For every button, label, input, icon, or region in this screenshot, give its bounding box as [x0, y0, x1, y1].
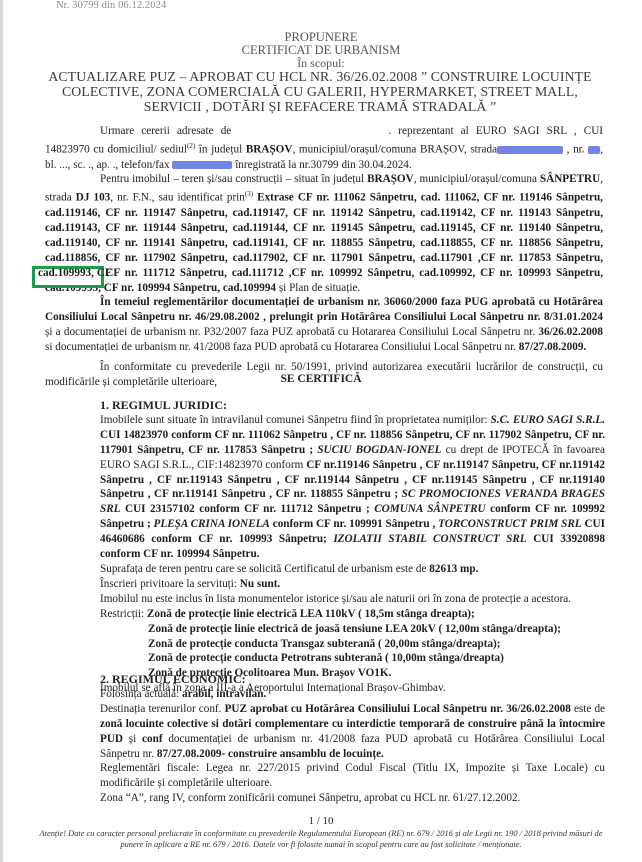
request-section: Urmare cererii adresate de . reprezentan…	[45, 124, 603, 390]
destination-paragraph: Destinația terenurilor conf. PUZ aprobat…	[100, 702, 605, 762]
restriction-item: Zonă de protecție conducta Transgaz subt…	[100, 637, 605, 652]
restrictions-line: Restricții: Zonă de protecție linie elec…	[100, 607, 605, 622]
area-line: Suprafața de teren pentru care se solici…	[100, 562, 605, 577]
paragraph-property: Pentru imobilul – teren și/sau construcț…	[45, 172, 603, 295]
certify-heading: SE CERTIFICĂ	[0, 373, 642, 385]
redacted-phone	[172, 161, 232, 169]
highlighted-text: cad.109993, CF	[38, 267, 112, 279]
restriction-item: Zonă de protecție linie electrică de joa…	[100, 622, 605, 637]
heading-title: ACTUALIZARE PUZ – APROBAT CU HCL NR. 36/…	[40, 69, 600, 114]
document-page: Nr. 30799 din 06.12.2024 PROPUNERE CERTI…	[0, 0, 642, 862]
redacted-street	[497, 146, 563, 154]
page-number: 1 / 10	[0, 815, 642, 827]
fiscal-line: Reglementări fiscale: Legea nr. 227/2015…	[100, 761, 605, 791]
legal-regime-title: 1. REGIMUL JURIDIC:	[100, 398, 605, 413]
economic-regime-title: 2. REGIMUL ECONOMIC:	[100, 672, 605, 687]
paragraph-request: Urmare cererii adresate de . reprezentan…	[45, 124, 603, 172]
page-edge	[0, 0, 3, 862]
economic-regime-section: 2. REGIMUL ECONOMIC: Folosința actuală: …	[100, 672, 605, 806]
monuments-line: Imobilul nu este inclus în lista monumen…	[100, 592, 605, 607]
current-use-line: Folosința actuală: arabil, intravilan.	[100, 687, 605, 702]
ownership-paragraph: Imobilele sunt situate în intravilanul c…	[100, 413, 605, 562]
gdpr-notice: Atenție! Date cu caracter personal prelu…	[28, 828, 614, 850]
zone-line: Zona “A”, rang IV, conform zonificării c…	[100, 791, 605, 806]
restriction-item: Zonă de protecție conducta Petrotrans su…	[100, 651, 605, 666]
paragraph-basis: În temeiul reglementărilor documentației…	[45, 295, 603, 355]
redacted-name	[238, 128, 388, 134]
land-registry-list: Extrase CF nr. 111062 Sânpetru, cad. 111…	[45, 192, 603, 293]
document-reference: Nr. 30799 din 06.12.2024	[56, 0, 166, 11]
easements-line: Înscrieri privitoare la servituți: Nu su…	[100, 577, 605, 592]
legal-regime-section: 1. REGIMUL JURIDIC: Imobilele sunt situa…	[100, 398, 605, 696]
redacted-number	[588, 146, 600, 154]
